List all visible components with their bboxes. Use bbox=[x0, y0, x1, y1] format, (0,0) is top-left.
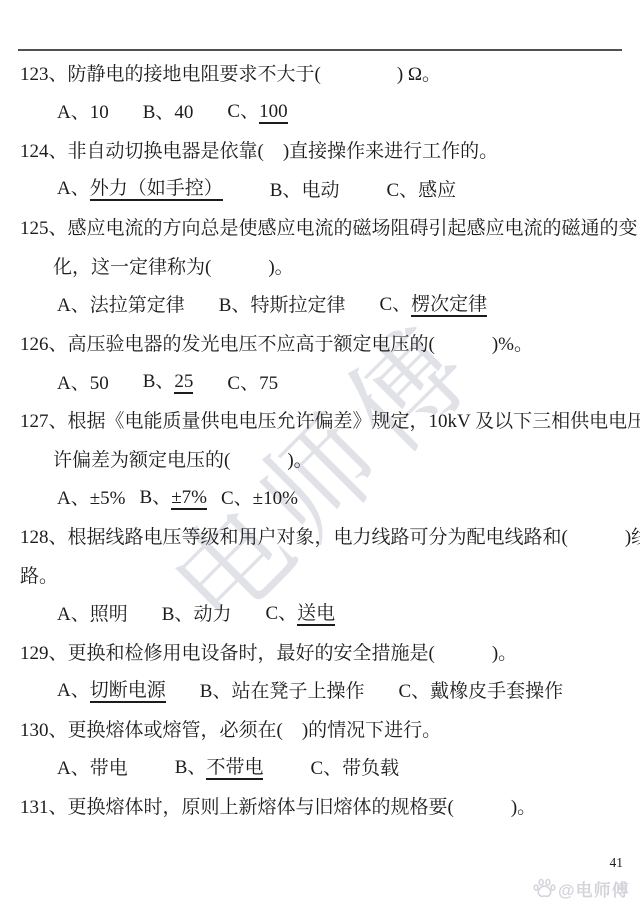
options-row: A、±5% B、±7% C、±10% bbox=[20, 480, 622, 519]
question-line: 126、高压验电器的发光电压不应高于额定电压的( )%。 bbox=[20, 325, 622, 364]
option-label: A、 bbox=[57, 374, 90, 393]
option-label: C、 bbox=[221, 489, 253, 508]
question-text: 更换熔体时，原则上新熔体与旧熔体的规格要( )。 bbox=[68, 798, 537, 817]
question-number: 126、 bbox=[20, 335, 68, 354]
option: C、送电 bbox=[265, 604, 335, 626]
questions-list: 123、防静电的接地电阻要求不大于( ) Ω。 A、10 B、40 C、100 … bbox=[20, 55, 622, 827]
option: C、75 bbox=[227, 374, 278, 393]
option-label: B、 bbox=[143, 372, 175, 394]
option: A、±5% bbox=[57, 489, 126, 508]
option-text: 25 bbox=[174, 372, 193, 394]
option-text: 100 bbox=[259, 102, 288, 124]
options-row: A、切断电源 B、站在凳子上操作 C、戴橡皮手套操作 bbox=[20, 673, 622, 712]
option-text: 楞次定律 bbox=[411, 295, 487, 317]
option-label: A、 bbox=[57, 605, 90, 624]
question-line: 127、根据《电能质量供电电压允许偏差》规定，10kV 及以下三相供电电压允 bbox=[20, 402, 622, 441]
option: C、100 bbox=[227, 102, 287, 124]
option: A、照明 bbox=[57, 605, 128, 624]
option: A、带电 bbox=[57, 759, 128, 778]
option-label: A、 bbox=[57, 681, 90, 703]
question-line-continued: 路。 bbox=[20, 557, 622, 596]
option-text: ±7% bbox=[171, 488, 207, 510]
option-text: 法拉第定律 bbox=[90, 296, 185, 315]
option: A、切断电源 bbox=[57, 681, 166, 703]
option: B、动力 bbox=[162, 605, 232, 624]
option-label: B、 bbox=[140, 488, 172, 510]
question-text: 路。 bbox=[20, 567, 58, 586]
baidu-paw-icon bbox=[533, 877, 556, 900]
question-number: 127、 bbox=[20, 412, 68, 431]
question-text: 许偏差为额定电压的( )。 bbox=[53, 451, 313, 470]
question-line: 131、更换熔体时，原则上新熔体与旧熔体的规格要( )。 bbox=[20, 788, 622, 827]
option-label: C、 bbox=[265, 604, 297, 626]
option-text: 75 bbox=[259, 374, 278, 393]
option: C、±10% bbox=[221, 489, 298, 508]
option: B、40 bbox=[143, 103, 194, 122]
option-text: 照明 bbox=[90, 605, 128, 624]
option: A、外力（如手控） bbox=[57, 179, 223, 201]
question-line: 123、防静电的接地电阻要求不大于( ) Ω。 bbox=[20, 55, 622, 94]
option-text: 带电 bbox=[90, 759, 128, 778]
option-text: 电动 bbox=[301, 181, 339, 200]
option: B、电动 bbox=[270, 181, 340, 200]
question-line-continued: 许偏差为额定电压的( )。 bbox=[20, 441, 622, 480]
question-text: 更换熔体或熔管，必须在( )的情况下进行。 bbox=[68, 721, 442, 740]
option: C、感应 bbox=[386, 181, 456, 200]
question-text: 防静电的接地电阻要求不大于( ) Ω。 bbox=[68, 65, 442, 84]
question-number: 130、 bbox=[20, 721, 68, 740]
options-row: A、带电 B、不带电 C、带负载 bbox=[20, 750, 622, 789]
question-line: 128、根据线路电压等级和用户对象，电力线路可分为配电线路和( )线 bbox=[20, 518, 622, 557]
option-text: ±10% bbox=[253, 489, 298, 508]
option-label: C、 bbox=[386, 181, 418, 200]
option-label: B、 bbox=[162, 605, 194, 624]
option-text: 带负载 bbox=[342, 759, 399, 778]
option-text: 特斯拉定律 bbox=[250, 296, 345, 315]
question-number: 125、 bbox=[20, 219, 68, 238]
options-row: A、法拉第定律 B、特斯拉定律 C、楞次定律 bbox=[20, 287, 622, 326]
options-row: A、外力（如手控） B、电动 C、感应 bbox=[20, 171, 622, 210]
option-label: C、 bbox=[398, 682, 430, 701]
option-text: 送电 bbox=[297, 604, 335, 626]
option-text: 戴橡皮手套操作 bbox=[430, 682, 563, 701]
option-text: 动力 bbox=[193, 605, 231, 624]
option: A、50 bbox=[57, 374, 109, 393]
question-number: 123、 bbox=[20, 65, 68, 84]
option-text: 站在凳子上操作 bbox=[231, 682, 364, 701]
option-text: 10 bbox=[90, 103, 109, 122]
question-text: 非自动切换电器是依靠( )直接操作来进行工作的。 bbox=[68, 142, 499, 161]
option: A、10 bbox=[57, 103, 109, 122]
option-label: C、 bbox=[310, 759, 342, 778]
option-text: 切断电源 bbox=[90, 681, 166, 703]
option: B、不带电 bbox=[175, 758, 264, 780]
option-label: A、 bbox=[57, 179, 90, 201]
option-label: C、 bbox=[227, 374, 259, 393]
question-text: 更换和检修用电设备时，最好的安全措施是( )。 bbox=[68, 644, 518, 663]
option-label: A、 bbox=[57, 296, 90, 315]
options-row: A、10 B、40 C、100 bbox=[20, 94, 622, 133]
option-label: C、 bbox=[227, 102, 259, 124]
question-text: 高压验电器的发光电压不应高于额定电压的( )%。 bbox=[68, 335, 533, 354]
question-text: 根据线路电压等级和用户对象，电力线路可分为配电线路和( )线 bbox=[68, 528, 640, 547]
option: C、带负载 bbox=[310, 759, 399, 778]
question-number: 129、 bbox=[20, 644, 68, 663]
option-text: 50 bbox=[90, 374, 109, 393]
option-label: B、 bbox=[200, 682, 232, 701]
question-text: 化，这一定律称为( )。 bbox=[53, 258, 294, 277]
document-page: 电师傅 123、防静电的接地电阻要求不大于( ) Ω。 A、10 B、40 C、… bbox=[0, 0, 640, 909]
badge-text: @电师傅 bbox=[558, 876, 630, 901]
option-label: A、 bbox=[57, 489, 90, 508]
page-number: 41 bbox=[610, 855, 624, 871]
question-number: 124、 bbox=[20, 142, 68, 161]
option: B、±7% bbox=[140, 488, 207, 510]
option: B、25 bbox=[143, 372, 194, 394]
option-label: A、 bbox=[57, 103, 90, 122]
option-label: C、 bbox=[379, 295, 411, 317]
options-row: A、50 B、25 C、75 bbox=[20, 364, 622, 403]
option-text: 40 bbox=[174, 103, 193, 122]
question-line: 129、更换和检修用电设备时，最好的安全措施是( )。 bbox=[20, 634, 622, 673]
option-label: B、 bbox=[219, 296, 251, 315]
option: C、戴橡皮手套操作 bbox=[398, 682, 563, 701]
option: B、站在凳子上操作 bbox=[200, 682, 365, 701]
question-number: 128、 bbox=[20, 528, 68, 547]
question-line-continued: 化，这一定律称为( )。 bbox=[20, 248, 622, 287]
question-line: 130、更换熔体或熔管，必须在( )的情况下进行。 bbox=[20, 711, 622, 750]
question-line: 125、感应电流的方向总是使感应电流的磁场阻碍引起感应电流的磁通的变 bbox=[20, 209, 622, 248]
watermark-badge: @电师傅 bbox=[533, 875, 630, 901]
option: A、法拉第定律 bbox=[57, 296, 185, 315]
option-label: B、 bbox=[175, 758, 207, 780]
question-text: 感应电流的方向总是使感应电流的磁场阻碍引起感应电流的磁通的变 bbox=[68, 219, 638, 238]
option: B、特斯拉定律 bbox=[219, 296, 346, 315]
header-rule bbox=[18, 49, 622, 51]
option-label: A、 bbox=[57, 759, 90, 778]
question-number: 131、 bbox=[20, 798, 68, 817]
options-row: A、照明 B、动力 C、送电 bbox=[20, 595, 622, 634]
option-label: B、 bbox=[143, 103, 175, 122]
option-text: 外力（如手控） bbox=[90, 179, 223, 201]
question-text: 根据《电能质量供电电压允许偏差》规定，10kV 及以下三相供电电压允 bbox=[68, 412, 640, 431]
option-text: 感应 bbox=[418, 181, 456, 200]
question-line: 124、非自动切换电器是依靠( )直接操作来进行工作的。 bbox=[20, 132, 622, 171]
option-text: ±5% bbox=[90, 489, 126, 508]
option: C、楞次定律 bbox=[379, 295, 487, 317]
option-text: 不带电 bbox=[206, 758, 263, 780]
option-label: B、 bbox=[270, 181, 302, 200]
